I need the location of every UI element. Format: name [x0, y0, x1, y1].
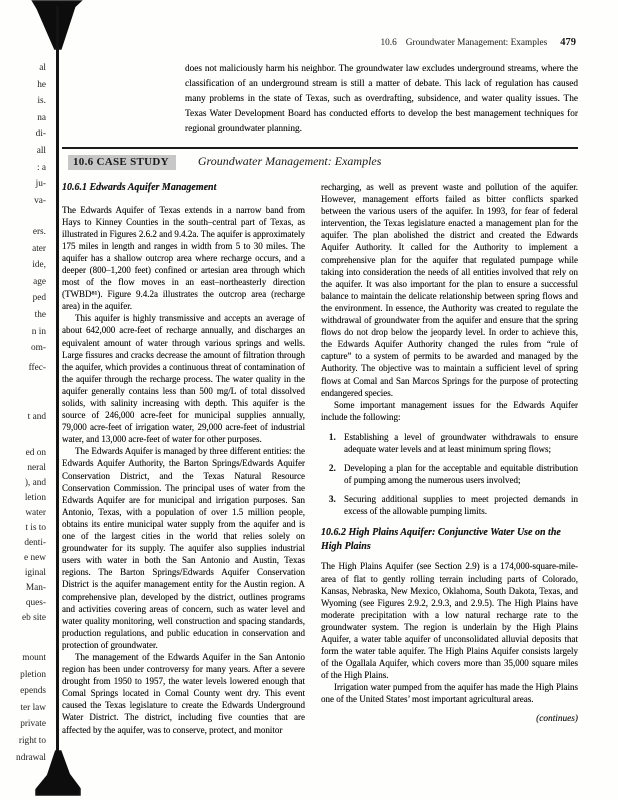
margin-text-fragment: ater [0, 241, 46, 258]
margin-text-fragment: ped [0, 290, 46, 307]
margin-text-fragment: private [0, 716, 46, 733]
list-item-text: Securing additional supplies to meet pro… [344, 493, 578, 517]
numbered-list: 1. Establishing a level of groundwater w… [321, 431, 578, 518]
margin-text-fragment: om- [0, 340, 46, 357]
margin-text-fragment: : a [0, 160, 46, 177]
intro-paragraph: does not maliciously harm his neighbor. … [185, 62, 578, 137]
numbered-list-item: 3. Securing additional supplies to meet … [329, 493, 578, 517]
section-heading-10-6-2: 10.6.2 High Plains Aquifer: Conjunctive … [321, 526, 578, 553]
running-header-section-number: 10.6 [380, 38, 396, 48]
margin-text-fragment: e new [0, 551, 46, 566]
margin-text-fragment: ers. [0, 224, 46, 241]
margin-text-fragment: right to [0, 733, 46, 750]
body-paragraph: Irrigation water pumped from the aquifer… [321, 681, 578, 705]
margin-text-fragment: ter law [0, 700, 46, 717]
body-paragraph: This aquifer is highly transmissive and … [62, 312, 305, 445]
margin-fragment-group: ffec- [0, 360, 46, 377]
section-heading-10-6-1: 10.6.1 Edwards Aquifer Management [62, 181, 305, 195]
margin-text-fragment: pletion [0, 667, 46, 684]
margin-text-fragment: ide, [0, 257, 46, 274]
list-item-text: Establishing a level of groundwater with… [344, 431, 578, 455]
case-study-label: 10.6 CASE STUDY [68, 155, 176, 170]
margin-text-fragment: ), and [0, 476, 46, 491]
margin-fragment-group: t and [0, 409, 46, 426]
margin-fragment-group: mountpletionependster lawprivateright to… [0, 650, 46, 766]
margin-text-fragment: al [0, 60, 46, 77]
list-item-number: 2. [329, 462, 344, 486]
body-paragraph: The management of the Edwards Aquifer in… [62, 651, 305, 736]
margin-text-fragment: denti- [0, 536, 46, 551]
scanned-book-page: alheis.nadi-all: aju-va- ers.ateride,age… [0, 0, 618, 800]
margin-text-fragment: the [0, 307, 46, 324]
margin-text-fragment: na [0, 110, 46, 127]
binding-spine-line [56, 6, 59, 788]
margin-text-fragment: mount [0, 650, 46, 667]
margin-text-fragment: eb site [0, 611, 46, 626]
margin-text-fragment: ffec- [0, 360, 46, 377]
margin-text-fragment: t and [0, 409, 46, 426]
numbered-list-item: 2. Developing a plan for the acceptable … [329, 462, 578, 486]
margin-text-fragment: water [0, 506, 46, 521]
left-column: 10.6.1 Edwards Aquifer Management The Ed… [62, 181, 305, 736]
margin-text-fragment: iginal [0, 566, 46, 581]
right-column: recharging, as well as prevent waste and… [321, 181, 578, 736]
margin-fragment-group: ed onneral), andletionwatert is todenti-… [0, 446, 46, 626]
case-study-title: Groundwater Management: Examples [198, 154, 382, 169]
margin-text-fragment: ju- [0, 176, 46, 193]
continues-note: (continues) [321, 713, 578, 725]
margin-fragment-group: alheis.nadi-all: aju-va- [0, 60, 46, 209]
margin-text-fragment: Man- [0, 581, 46, 596]
numbered-list-item: 1. Establishing a level of groundwater w… [329, 431, 578, 455]
margin-fragment-group: ers.ateride,agepedthen inom- [0, 224, 46, 357]
body-paragraph: recharging, as well as prevent waste and… [321, 181, 578, 399]
list-item-number: 3. [329, 493, 344, 517]
page-number: 479 [560, 37, 576, 48]
running-header-title: Groundwater Management: Examples [406, 38, 547, 48]
two-column-body: 10.6.1 Edwards Aquifer Management The Ed… [62, 181, 578, 736]
list-item-text: Developing a plan for the acceptable and… [344, 462, 578, 486]
list-item-number: 1. [329, 431, 344, 455]
margin-text-fragment: va- [0, 193, 46, 210]
margin-text-fragment: n in [0, 324, 46, 341]
margin-text-fragment: he [0, 77, 46, 94]
margin-text-fragment: t is to [0, 521, 46, 536]
margin-text-fragment: age [0, 274, 46, 291]
margin-text-fragment: ed on [0, 446, 46, 461]
issues-intro-paragraph: Some important management issues for the… [321, 399, 578, 423]
margin-text-fragment: neral [0, 461, 46, 476]
body-paragraph: The High Plains Aquifer (see Section 2.9… [321, 560, 578, 681]
body-paragraph: The Edwards Aquifer is managed by three … [62, 445, 305, 651]
case-study-heading-bar: 10.6 CASE STUDY Groundwater Management: … [62, 147, 578, 170]
body-paragraph: The Edwards Aquifer of Texas extends in … [62, 204, 305, 313]
margin-text-fragment: letion [0, 491, 46, 506]
margin-text-fragment: di- [0, 126, 46, 143]
margin-text-fragment: all [0, 143, 46, 160]
margin-text-fragment: ques- [0, 596, 46, 611]
running-header: 10.6Groundwater Management: Examples479 [380, 37, 576, 48]
margin-text-fragment: ndrawal [0, 750, 46, 767]
margin-text-fragment: is. [0, 93, 46, 110]
margin-text-fragment: epends [0, 683, 46, 700]
